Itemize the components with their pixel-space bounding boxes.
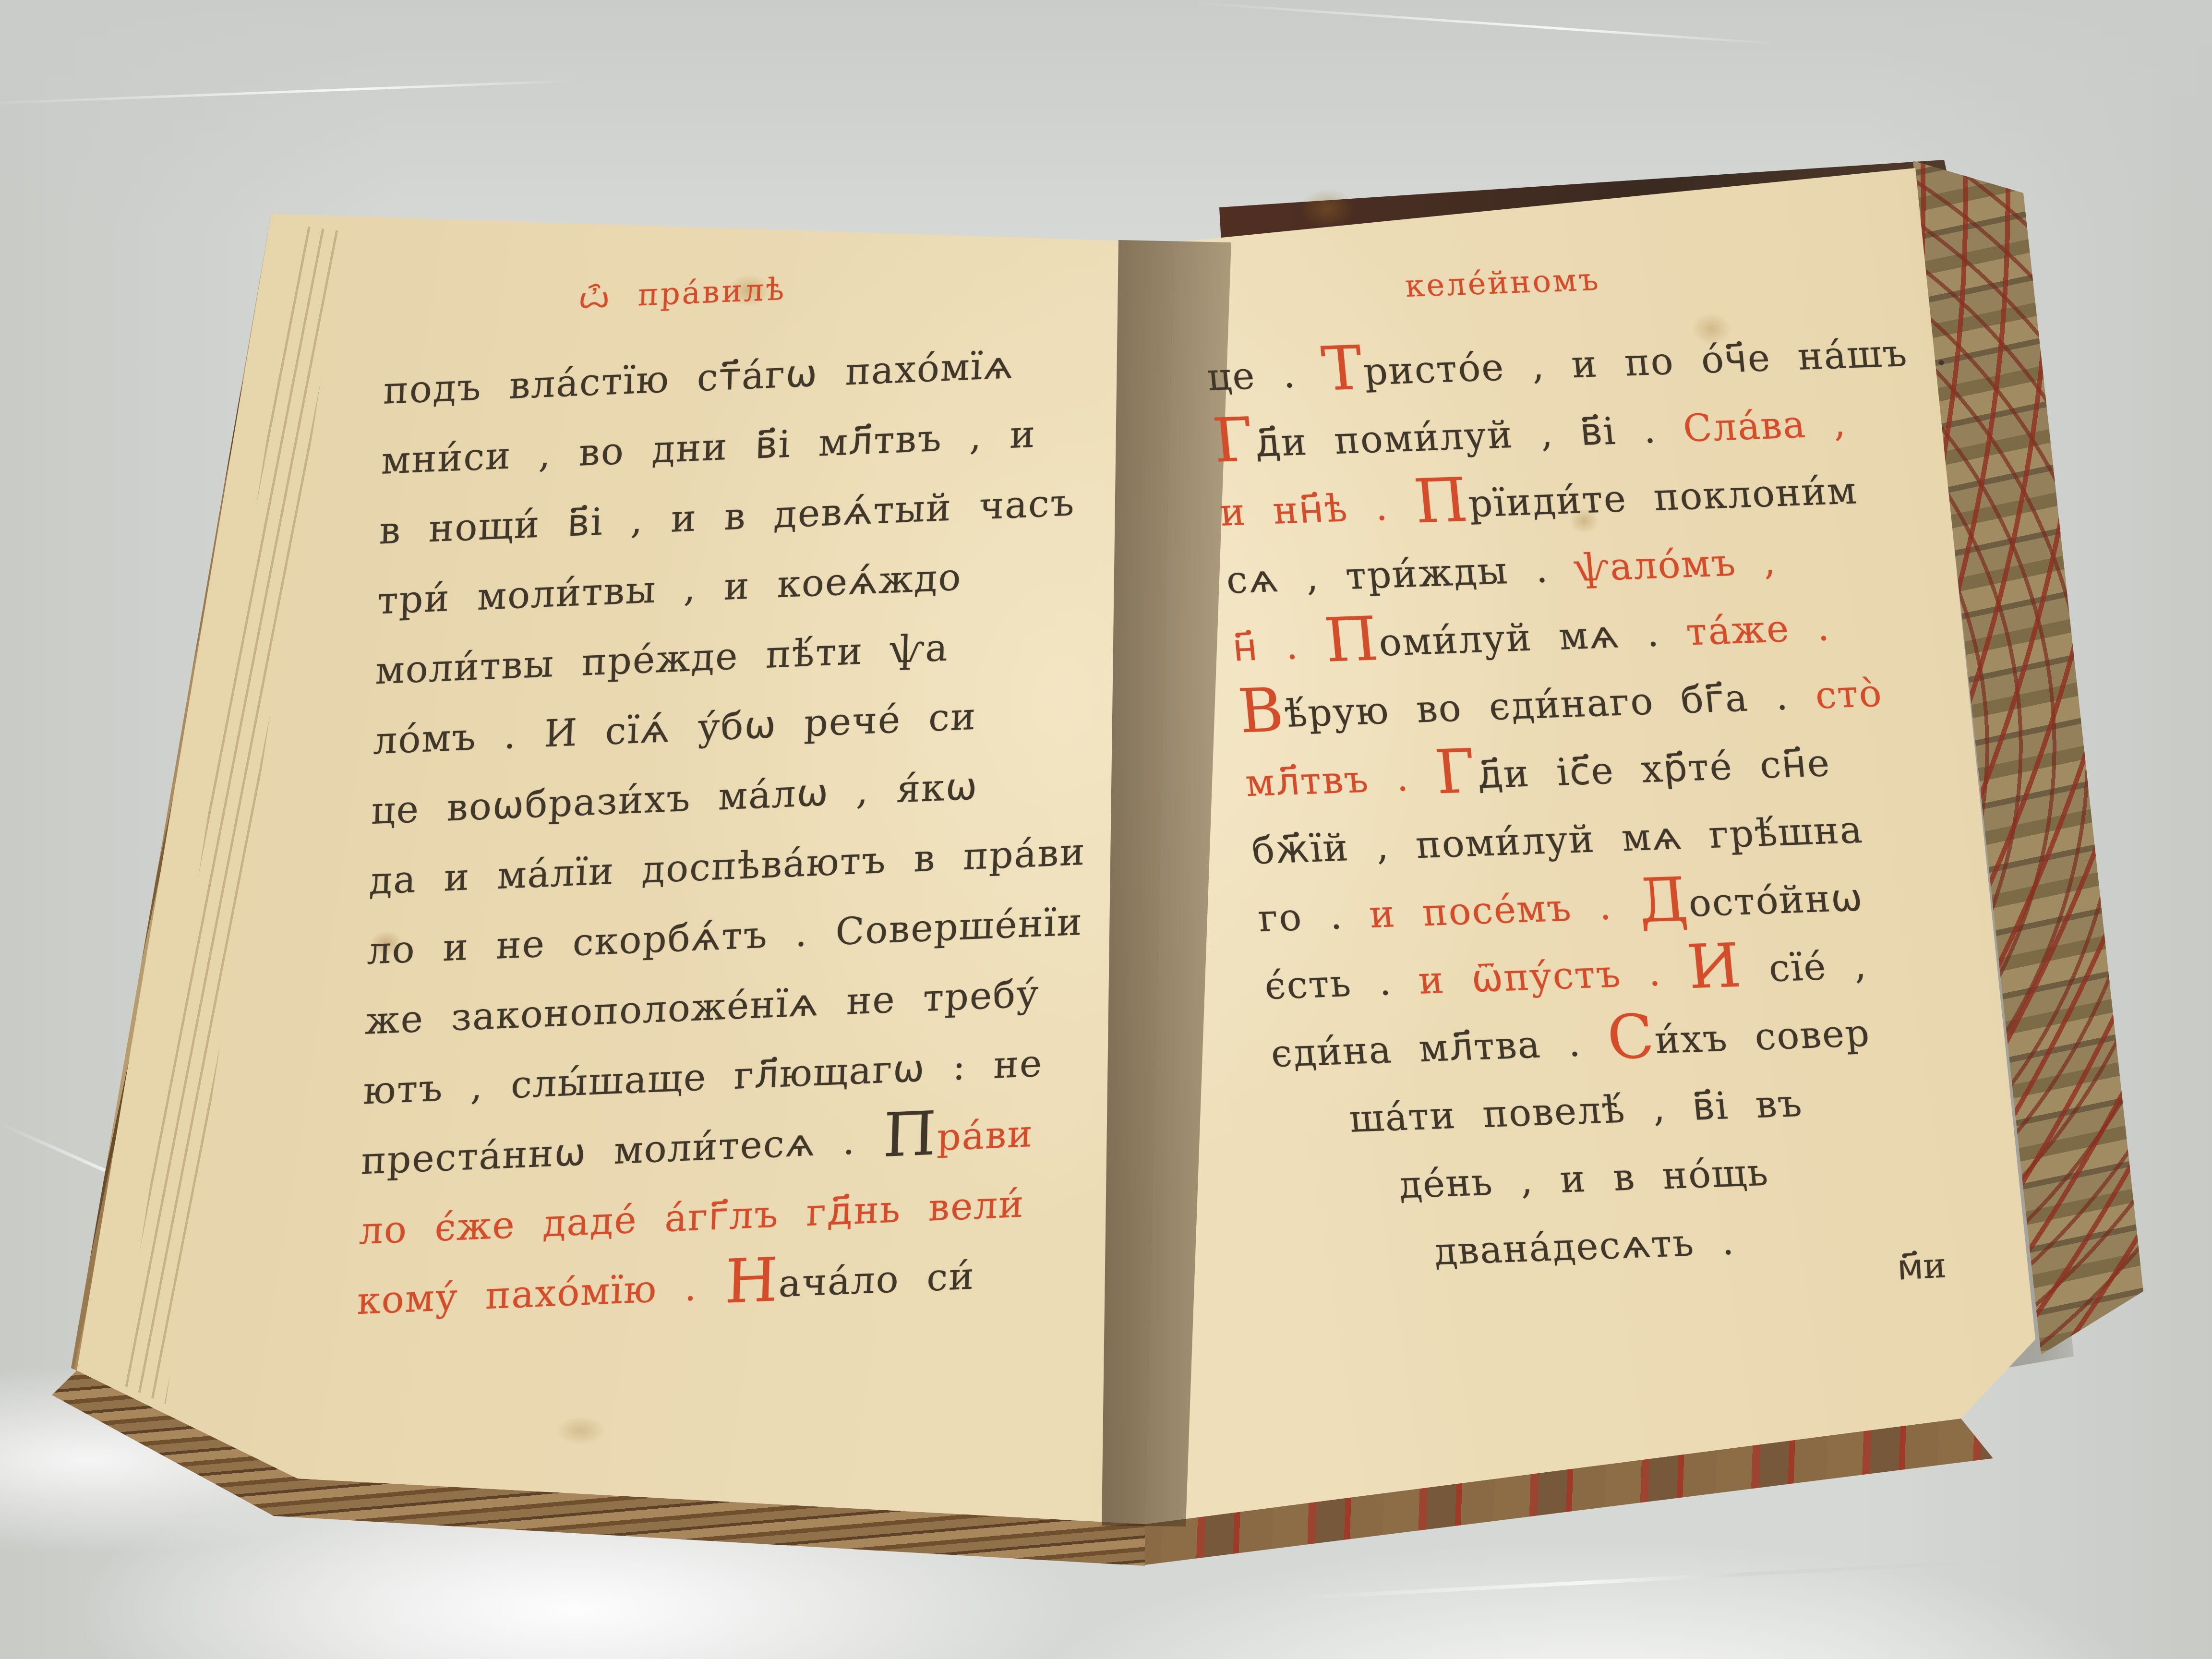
right-page-text: келе́йномъ це . Тристо́е , и по о́ч҃е на… bbox=[1198, 250, 2040, 1291]
initial-letter: П bbox=[1322, 603, 1382, 676]
photo-of-open-book: { "book": { "colors": { "black_ink": "#4… bbox=[0, 0, 2212, 1659]
initial-letter: Т bbox=[1319, 333, 1367, 405]
initial-letter: П bbox=[1411, 465, 1471, 537]
page-number: м҃и bbox=[1896, 1245, 1948, 1287]
initial-letter: Н bbox=[724, 1244, 780, 1317]
text-segment: це воѡбрази́хъ ма́лѡ , я́кѡ bbox=[371, 765, 978, 833]
text-segment: н҃ . bbox=[1231, 624, 1327, 670]
text-segment: мни́си , во дни в҃і мл҃твъ , и bbox=[381, 413, 1036, 483]
text-segment: ра́ви bbox=[937, 1112, 1034, 1159]
initial-letter: В bbox=[1236, 674, 1287, 746]
text-segment: три́ моли́твы , и коеѧ́ждо bbox=[377, 556, 962, 623]
stain-spot bbox=[1291, 182, 1363, 235]
text-segment: ѱало́мъ , bbox=[1573, 540, 1778, 590]
text-segment: моли́твы пре́жде пѣ́ти ѱа bbox=[375, 626, 950, 693]
text-segment: мл҃твъ . bbox=[1243, 756, 1438, 805]
text-segment: ло є́же даде́ а́гг҃лъ гд҃нь вели́ bbox=[359, 1183, 1025, 1253]
text-segment: и ѿпу́стъ . bbox=[1417, 950, 1690, 1003]
left-page-text: ѽ пра́вилѣ подъ вла́стїю ст҃а́гѡ пахо́мї… bbox=[356, 257, 1137, 1336]
text-segment: ло́мъ . И сїѧ́ у́бѡ рече́ си bbox=[373, 695, 977, 763]
initial-letter: С bbox=[1604, 1001, 1658, 1073]
text-segment: це . bbox=[1205, 352, 1325, 399]
text-segment: сто̀ bbox=[1813, 672, 1884, 718]
text-segment: бж҃їй , поми́луй мѧ грѣ́шна bbox=[1250, 808, 1865, 873]
text-segment: де́нь , и в но́щь bbox=[1397, 1151, 1771, 1207]
text-segment: сїе́ , bbox=[1740, 944, 1869, 991]
text-segment: и посе́мъ . bbox=[1368, 884, 1641, 937]
text-segment: ѣ́рую во єди́наго бг҃а . bbox=[1283, 674, 1817, 736]
text-segment: и нн҃ѣ . bbox=[1218, 485, 1417, 535]
text-segment: рїиди́те поклони́м bbox=[1467, 469, 1859, 526]
text-segment: ача́ло си́ bbox=[778, 1255, 975, 1306]
text-segment: преста́ннѡ моли́тесѧ . bbox=[361, 1118, 884, 1183]
text-segment: подъ вла́стїю ст҃а́гѡ пахо́мїѧ bbox=[383, 344, 1014, 413]
right-page-lines: це . Тристо́е , и по о́ч҃е на́шъ .Гд҃и п… bbox=[1204, 318, 2040, 1291]
text-segment: осто́йнѡ bbox=[1687, 876, 1865, 926]
text-segment: же законоположе́нїѧ не требу́ bbox=[365, 972, 1040, 1043]
initial-letter: И bbox=[1684, 930, 1744, 1002]
text-segment: Сла́ва , bbox=[1681, 402, 1848, 451]
text-segment: кому́ пахо́мїю . bbox=[357, 1265, 726, 1323]
text-segment: го . bbox=[1256, 893, 1371, 940]
text-segment: єди́на мл҃тва . bbox=[1269, 1021, 1610, 1075]
text-segment: сѧ , три́жды . bbox=[1225, 547, 1577, 602]
stain-spot bbox=[547, 1411, 614, 1450]
text-segment: д҃и поми́луй , в҃і . bbox=[1252, 408, 1685, 466]
text-segment: ристо́е , и по о́ч҃е на́шъ . bbox=[1362, 330, 1949, 394]
text-segment: двана́десѧть . bbox=[1432, 1220, 1736, 1274]
left-page-lines: подъ вла́стїю ст҃а́гѡ пахо́мїѧмни́си , в… bbox=[356, 325, 1135, 1336]
text-segment: є́сть . bbox=[1262, 960, 1420, 1008]
text-segment: оми́луй мѧ . bbox=[1377, 611, 1688, 664]
text-segment: и́хъ совер bbox=[1653, 1011, 1872, 1062]
initial-letter: П bbox=[882, 1098, 938, 1170]
text-segment: ша́ти повелѣ́ , в҃і въ bbox=[1347, 1082, 1804, 1141]
text-segment: та́же . bbox=[1684, 606, 1832, 654]
initial-letter: Г bbox=[1432, 736, 1479, 808]
initial-letter: Д bbox=[1635, 864, 1692, 937]
text-segment: д҃и іс҃е хр҃те́ сн҃е bbox=[1475, 742, 1832, 797]
initial-letter: Г bbox=[1210, 404, 1257, 476]
